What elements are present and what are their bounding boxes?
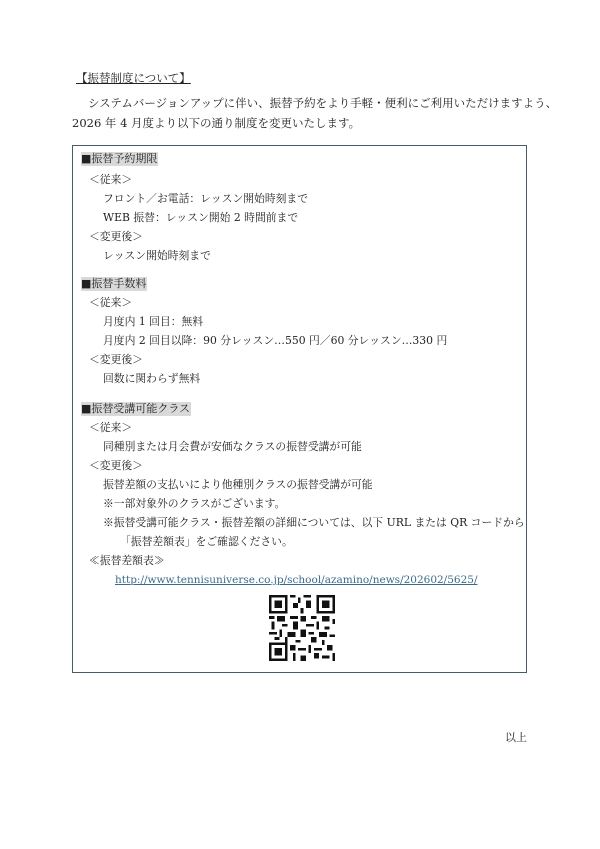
- list-item: 月度内 2 回目以降：90 分レッスン…550 円／60 分レッスン…330 円: [103, 334, 447, 348]
- after-label: ＜変更後＞: [89, 459, 143, 473]
- difference-table-link[interactable]: http://www.tennisuniverse.co.jp/school/a…: [115, 573, 477, 587]
- note-item: ※振替受講可能クラス・振替差額の詳細については、以下 URL または QR コー…: [103, 516, 525, 530]
- list-item: 回数に関わらず無料: [103, 372, 200, 386]
- section-heading-deadline: ■振替予約期限: [81, 152, 158, 166]
- list-item: WEB 振替：レッスン開始 2 時間前まで: [103, 211, 298, 225]
- section-heading-class: ■振替受講可能クラス: [81, 402, 191, 416]
- after-label: ＜変更後＞: [89, 353, 143, 367]
- before-label: ＜従来＞: [89, 173, 132, 187]
- table-label: ≪振替差額表≫: [89, 554, 165, 568]
- qr-code-icon[interactable]: [269, 595, 335, 661]
- list-item: 月度内 1 回目：無料: [103, 315, 203, 329]
- before-label: ＜従来＞: [89, 421, 132, 435]
- note-item: ※一部対象外のクラスがございます。: [103, 497, 285, 511]
- section-heading-fee: ■振替手数料: [81, 277, 147, 291]
- after-label: ＜変更後＞: [89, 230, 143, 244]
- list-item: フロント／お電話：レッスン開始時刻まで: [103, 192, 308, 206]
- intro-paragraph: システムバージョンアップに伴い、振替予約をより手軽・便利にご利用いただけますよう…: [72, 93, 542, 133]
- intro-line-2: 2026 年 4 月度より以下の通り制度を変更いたします。: [72, 113, 542, 133]
- list-item: 同種別または月会費が安価なクラスの振替受講が可能: [103, 440, 362, 454]
- list-item: 振替差額の支払いにより他種別クラスの振替受講が可能: [103, 478, 373, 492]
- closing-text: 以上: [505, 729, 527, 745]
- document-title: 【振替制度について】: [76, 70, 191, 86]
- before-label: ＜従来＞: [89, 296, 132, 310]
- list-item: レッスン開始時刻まで: [103, 249, 211, 263]
- intro-line-1: システムバージョンアップに伴い、振替予約をより手軽・便利にご利用いただけますよう…: [72, 93, 542, 113]
- note-item: 「振替差額表」をご確認ください。: [120, 535, 293, 549]
- changes-box: ■振替予約期限 ＜従来＞ フロント／お電話：レッスン開始時刻まで WEB 振替：…: [72, 145, 527, 673]
